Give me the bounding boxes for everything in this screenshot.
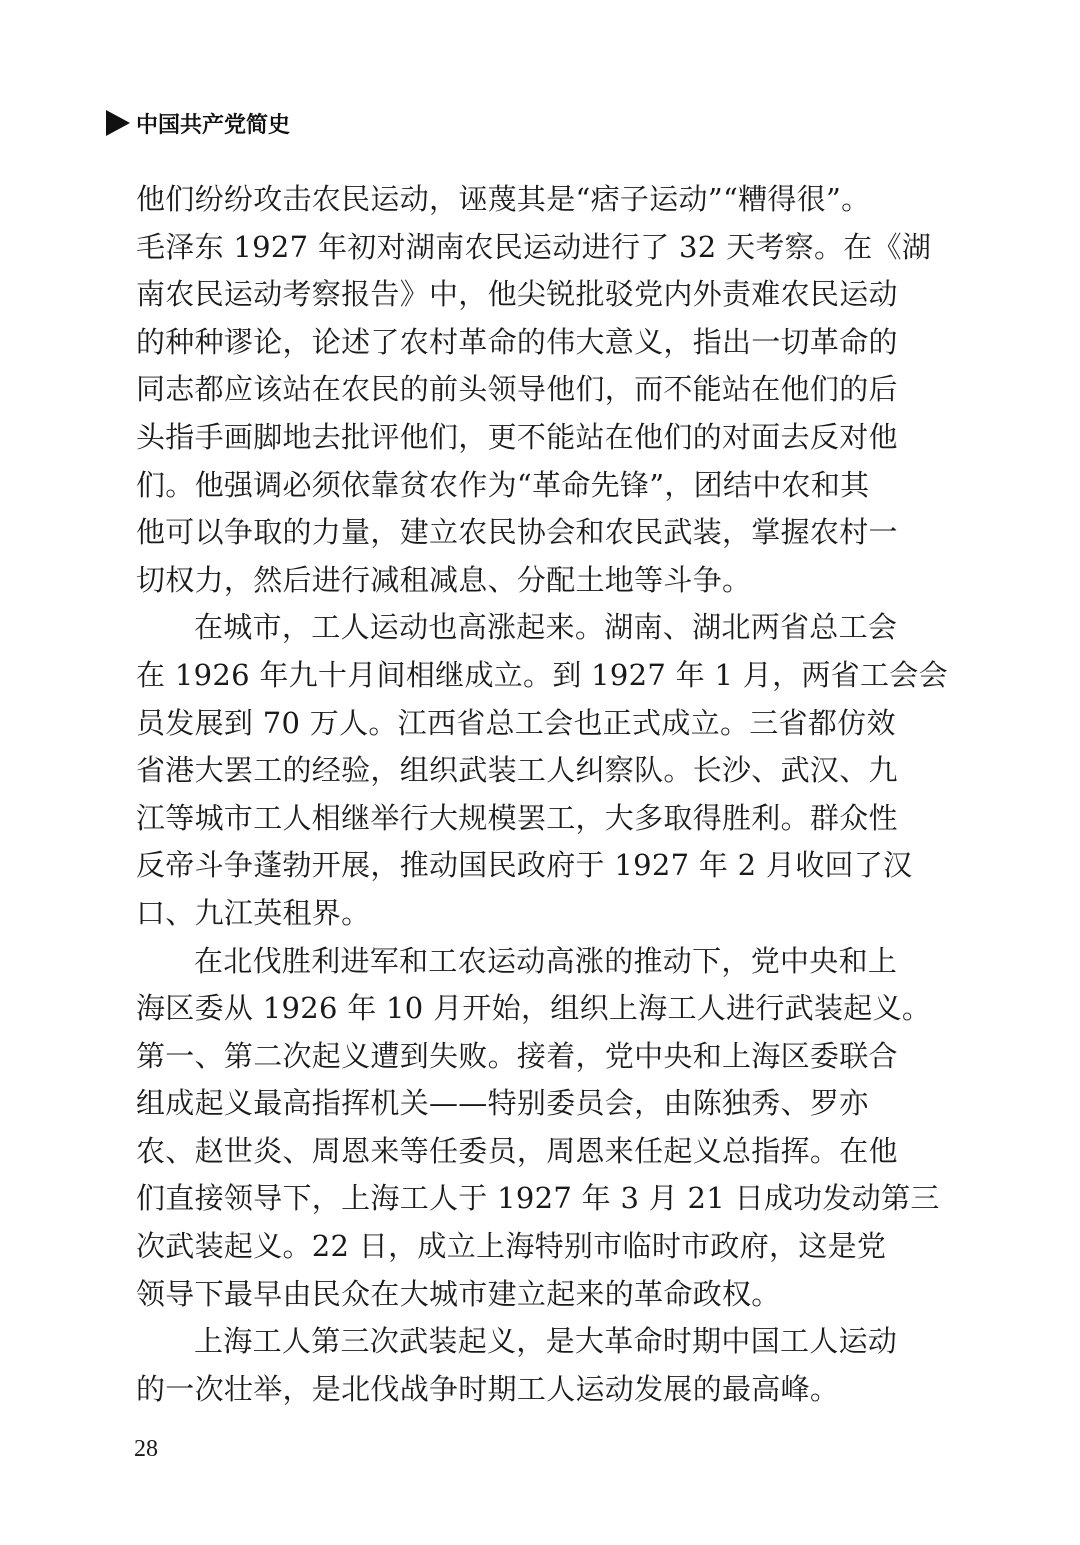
text-line: 海区委从 1926 年 10 月开始，组织上海工人进行武装起义。 — [136, 985, 916, 1033]
triangle-right-icon — [106, 110, 130, 136]
text-line: 他可以争取的力量，建立农民协会和农民武装，掌握农村一 — [136, 509, 916, 557]
text-line: 第一、第二次起义遭到失败。接着，党中央和上海区委联合 — [136, 1033, 916, 1081]
running-header: 中国共产党简史 — [106, 108, 290, 138]
text-line: 的种种谬论，论述了农村革命的伟大意义，指出一切革命的 — [136, 319, 916, 367]
text-line: 头指手画脚地去批评他们，更不能站在他们的对面去反对他 — [136, 414, 916, 462]
book-title: 中国共产党简史 — [136, 108, 290, 139]
text-line: 农、赵世炎、周恩来等任委员，周恩来任起义总指挥。在他 — [136, 1128, 916, 1176]
text-line: 们直接领导下，上海工人于 1927 年 3 月 21 日成功发动第三 — [136, 1175, 916, 1223]
text-line: 次武装起义。22 日，成立上海特别市临时市政府，这是党 — [136, 1223, 916, 1271]
text-line: 们。他强调必须依靠贫农作为“革命先锋”，团结中农和其 — [136, 462, 916, 510]
text-line: 切权力，然后进行减租减息、分配土地等斗争。 — [136, 557, 916, 605]
text-line: 口、九江英租界。 — [136, 890, 916, 938]
text-line: 他们纷纷攻击农民运动，诬蔑其是“痞子运动”“糟得很”。 — [136, 176, 916, 224]
text-line: 在 1926 年九十月间相继成立。到 1927 年 1 月，两省工会会 — [136, 652, 916, 700]
text-line: 同志都应该站在农民的前头领导他们，而不能站在他们的后 — [136, 366, 916, 414]
paragraph-first-line: 在北伐胜利进军和工农运动高涨的推动下，党中央和上 — [136, 938, 916, 986]
text-line: 江等城市工人相继举行大规模罢工，大多取得胜利。群众性 — [136, 795, 916, 843]
text-line: 毛泽东 1927 年初对湖南农民运动进行了 32 天考察。在《湖 — [136, 224, 916, 272]
text-line: 领导下最早由民众在大城市建立起来的革命政权。 — [136, 1271, 916, 1319]
paragraph-first-line: 上海工人第三次武装起义，是大革命时期中国工人运动 — [136, 1318, 916, 1366]
text-line: 省港大罢工的经验，组织武装工人纠察队。长沙、武汉、九 — [136, 747, 916, 795]
text-line: 员发展到 70 万人。江西省总工会也正式成立。三省都仿效 — [136, 700, 916, 748]
paragraph-first-line: 在城市，工人运动也高涨起来。湖南、湖北两省总工会 — [136, 604, 916, 652]
page-number: 28 — [134, 1436, 158, 1463]
text-line: 组成起义最高指挥机关——特别委员会，由陈独秀、罗亦 — [136, 1080, 916, 1128]
body-text: 他们纷纷攻击农民运动，诬蔑其是“痞子运动”“糟得很”。毛泽东 1927 年初对湖… — [136, 176, 916, 1413]
text-line: 南农民运动考察报告》中，他尖锐批驳党内外责难农民运动 — [136, 271, 916, 319]
text-line: 的一次壮举，是北伐战争时期工人运动发展的最高峰。 — [136, 1366, 916, 1414]
text-line: 反帝斗争蓬勃开展，推动国民政府于 1927 年 2 月收回了汉 — [136, 842, 916, 890]
